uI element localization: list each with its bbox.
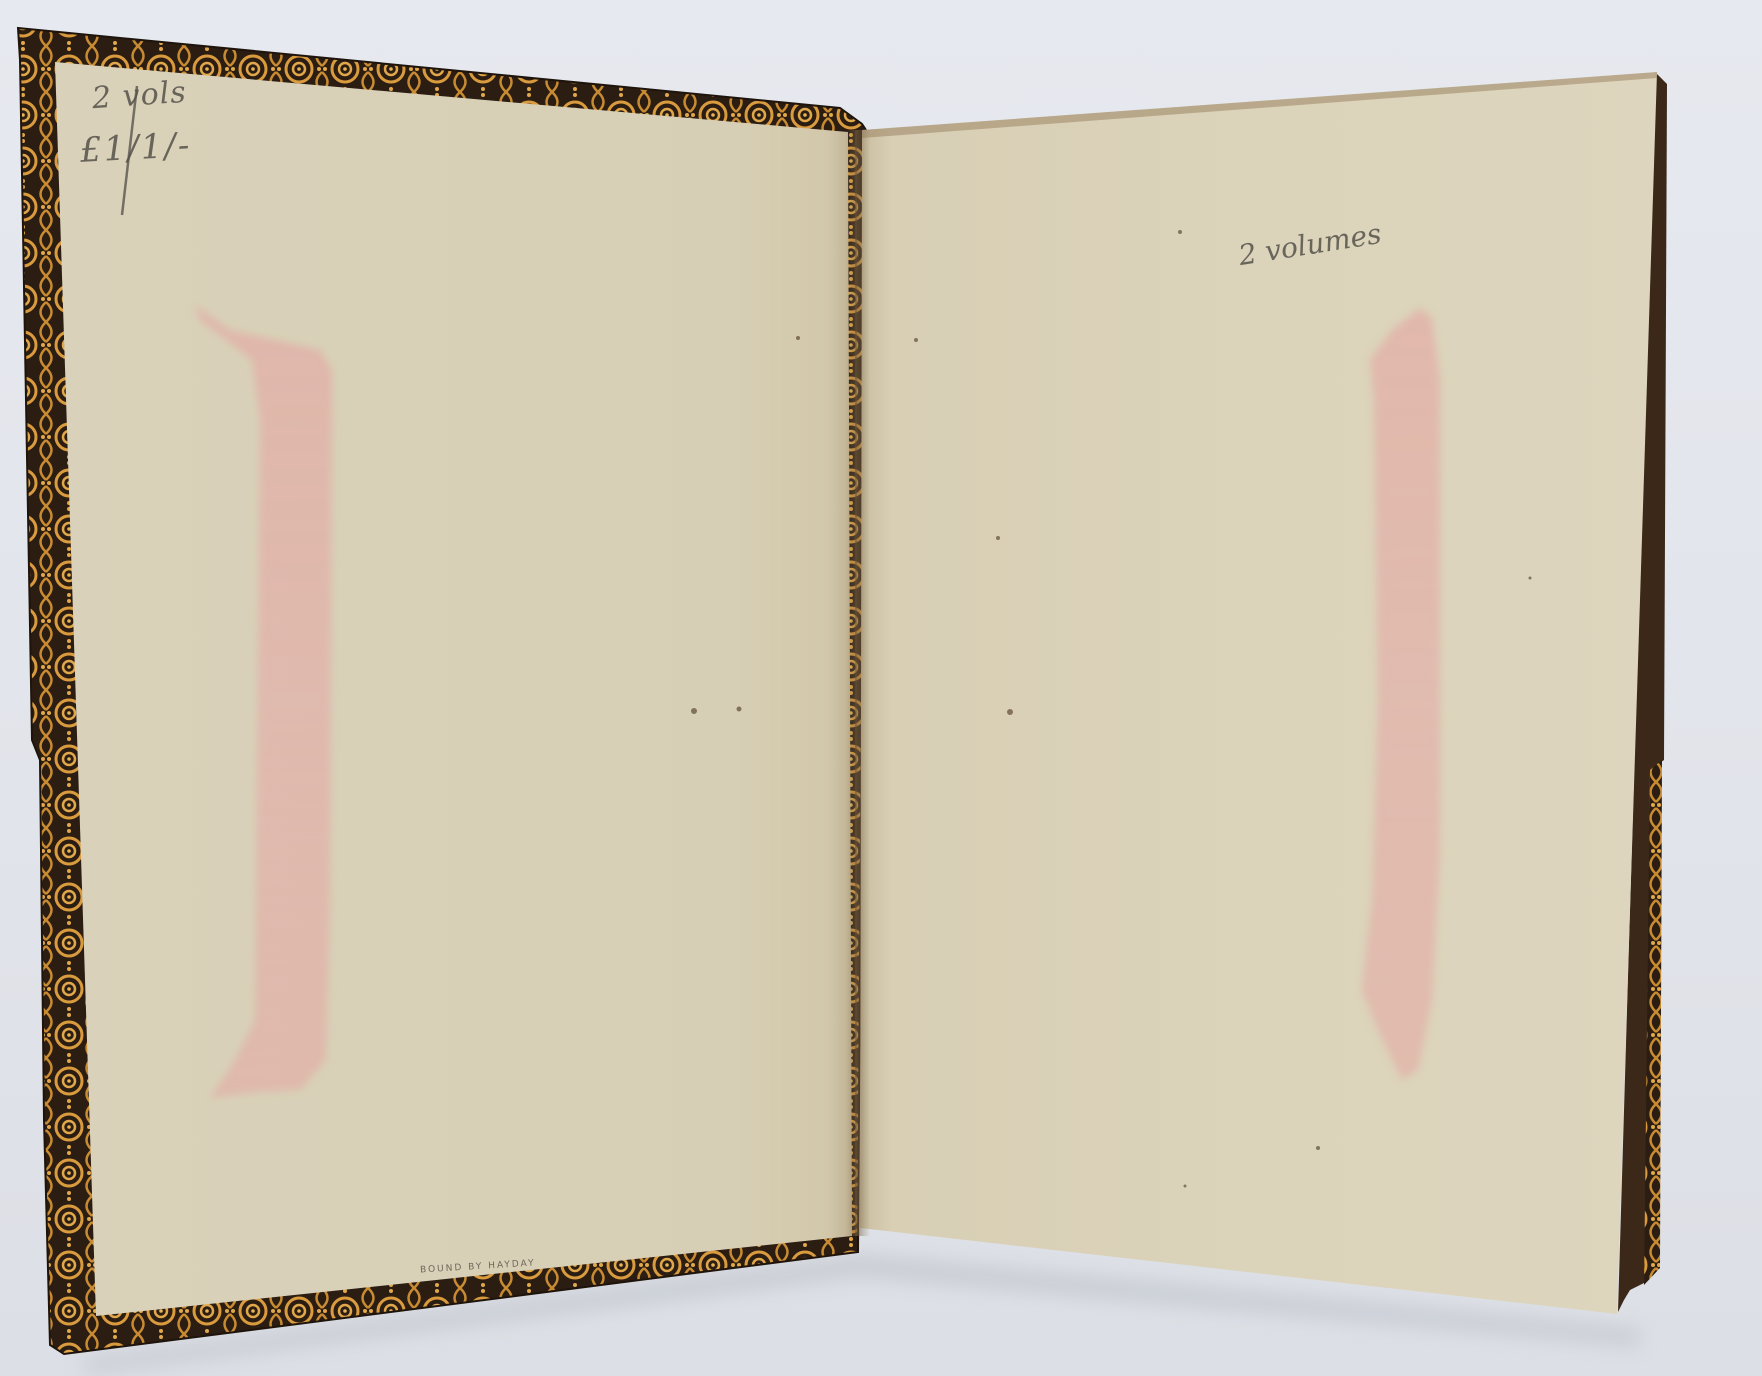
- book-photo: 2 vols £1/1/- 2 volumes BOUND BY HAYDAY: [0, 0, 1762, 1376]
- inscription-vols: 2 vols: [91, 75, 188, 117]
- gutter: [846, 130, 870, 1236]
- left-page: [55, 62, 852, 1316]
- inscription-price: £1/1/-: [79, 125, 192, 171]
- open-book: [0, 0, 1762, 1376]
